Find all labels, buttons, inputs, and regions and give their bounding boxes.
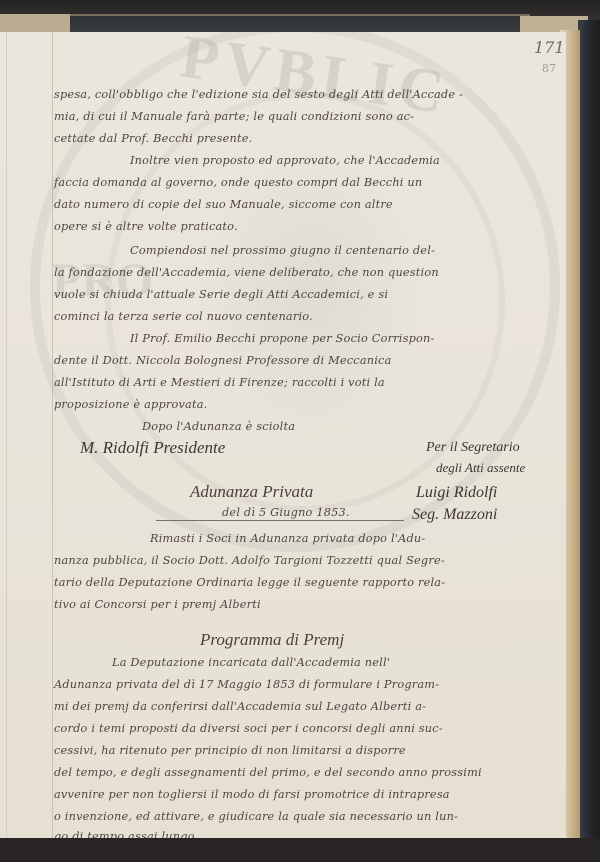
text-line: cettate dal Prof. Becchi presente. bbox=[54, 132, 252, 145]
signature-secretary-name: Luigi Ridolfi bbox=[416, 484, 497, 502]
section-divider bbox=[156, 520, 404, 521]
text-line: nanza pubblica, il Socio Dott. Adolfo Ta… bbox=[54, 554, 445, 567]
text-line: Adunanza privata del dì 17 Maggio 1853 d… bbox=[54, 678, 439, 691]
watermark-side-text: PRO bbox=[52, 252, 102, 310]
signature-secretary-subtitle: degli Atti assente bbox=[436, 460, 525, 476]
text-line: tario della Deputazione Ordinaria legge … bbox=[54, 576, 445, 589]
text-line: Rimasti i Soci in Adunanza privata dopo … bbox=[150, 532, 425, 545]
section-date: del dì 5 Giugno 1853. bbox=[222, 506, 350, 519]
text-line: avvenire per non togliersi il modo di fa… bbox=[54, 788, 450, 801]
text-line: Dopo l'Adunanza è sciolta bbox=[142, 420, 295, 433]
text-line: cominci la terza serie col nuovo centena… bbox=[54, 310, 313, 323]
section-title: Adunanza Privata bbox=[190, 482, 313, 502]
programme-heading: Programma di Premj bbox=[200, 630, 344, 650]
text-line: mia, di cui il Manuale farà parte; le qu… bbox=[54, 110, 414, 123]
text-line: opere si è altre volte praticato. bbox=[54, 220, 238, 233]
text-line: faccia domanda al governo, onde questo c… bbox=[54, 176, 422, 189]
book-binding-bottom bbox=[0, 838, 600, 862]
manuscript-page: PVBLIC PRO 171 87 spesa, coll'obbligo ch… bbox=[0, 32, 566, 838]
folio-number: 171 bbox=[534, 38, 565, 57]
text-line: go di tempo assai lungo. bbox=[54, 830, 198, 838]
text-line: Compiendosi nel prossimo giugno il cente… bbox=[130, 244, 435, 257]
text-line: Il Prof. Emilio Becchi propone per Socio… bbox=[130, 332, 435, 345]
text-line: spesa, coll'obbligo che l'edizione sia d… bbox=[54, 88, 463, 101]
text-line: tivo ai Concorsi per i premj Alberti bbox=[54, 598, 261, 611]
signature-secretary-title: Per il Segretario bbox=[426, 440, 520, 456]
text-line: mi dei premj da conferirsi dall'Accademi… bbox=[54, 700, 426, 713]
cover-strip bbox=[70, 14, 530, 34]
text-line: la fondazione dell'Accademia, viene deli… bbox=[54, 266, 439, 279]
text-line: o invenzione, ed attivare, e giudicare l… bbox=[54, 810, 458, 823]
text-line: cordo i temi proposti da diversi soci pe… bbox=[54, 722, 443, 735]
folio-sub-number: 87 bbox=[542, 62, 556, 75]
text-line: del tempo, e degli assegnamenti del prim… bbox=[54, 766, 482, 779]
margin-rule bbox=[52, 32, 53, 838]
text-line: La Deputazione incaricata dall'Accademia… bbox=[112, 656, 390, 669]
text-line: proposizione è approvata. bbox=[54, 398, 207, 411]
text-line: cessivi, ha ritenuto per principio di no… bbox=[54, 744, 406, 757]
fold-line bbox=[6, 32, 7, 838]
cover-corner-left bbox=[0, 14, 70, 34]
text-line: vuole si chiuda l'attuale Serie degli At… bbox=[54, 288, 388, 301]
text-line: dato numero di copie del suo Manuale, si… bbox=[54, 198, 393, 211]
signature-president: M. Ridolfi Presidente bbox=[80, 438, 225, 458]
book-binding-right bbox=[578, 20, 600, 862]
text-line: Inoltre vien proposto ed approvato, che … bbox=[130, 154, 440, 167]
signature-secretary-name-2: Seg. Mazzoni bbox=[412, 506, 497, 524]
text-line: all'Istituto di Arti e Mestieri di Firen… bbox=[54, 376, 385, 389]
text-line: dente il Dott. Niccola Bolognesi Profess… bbox=[54, 354, 392, 367]
